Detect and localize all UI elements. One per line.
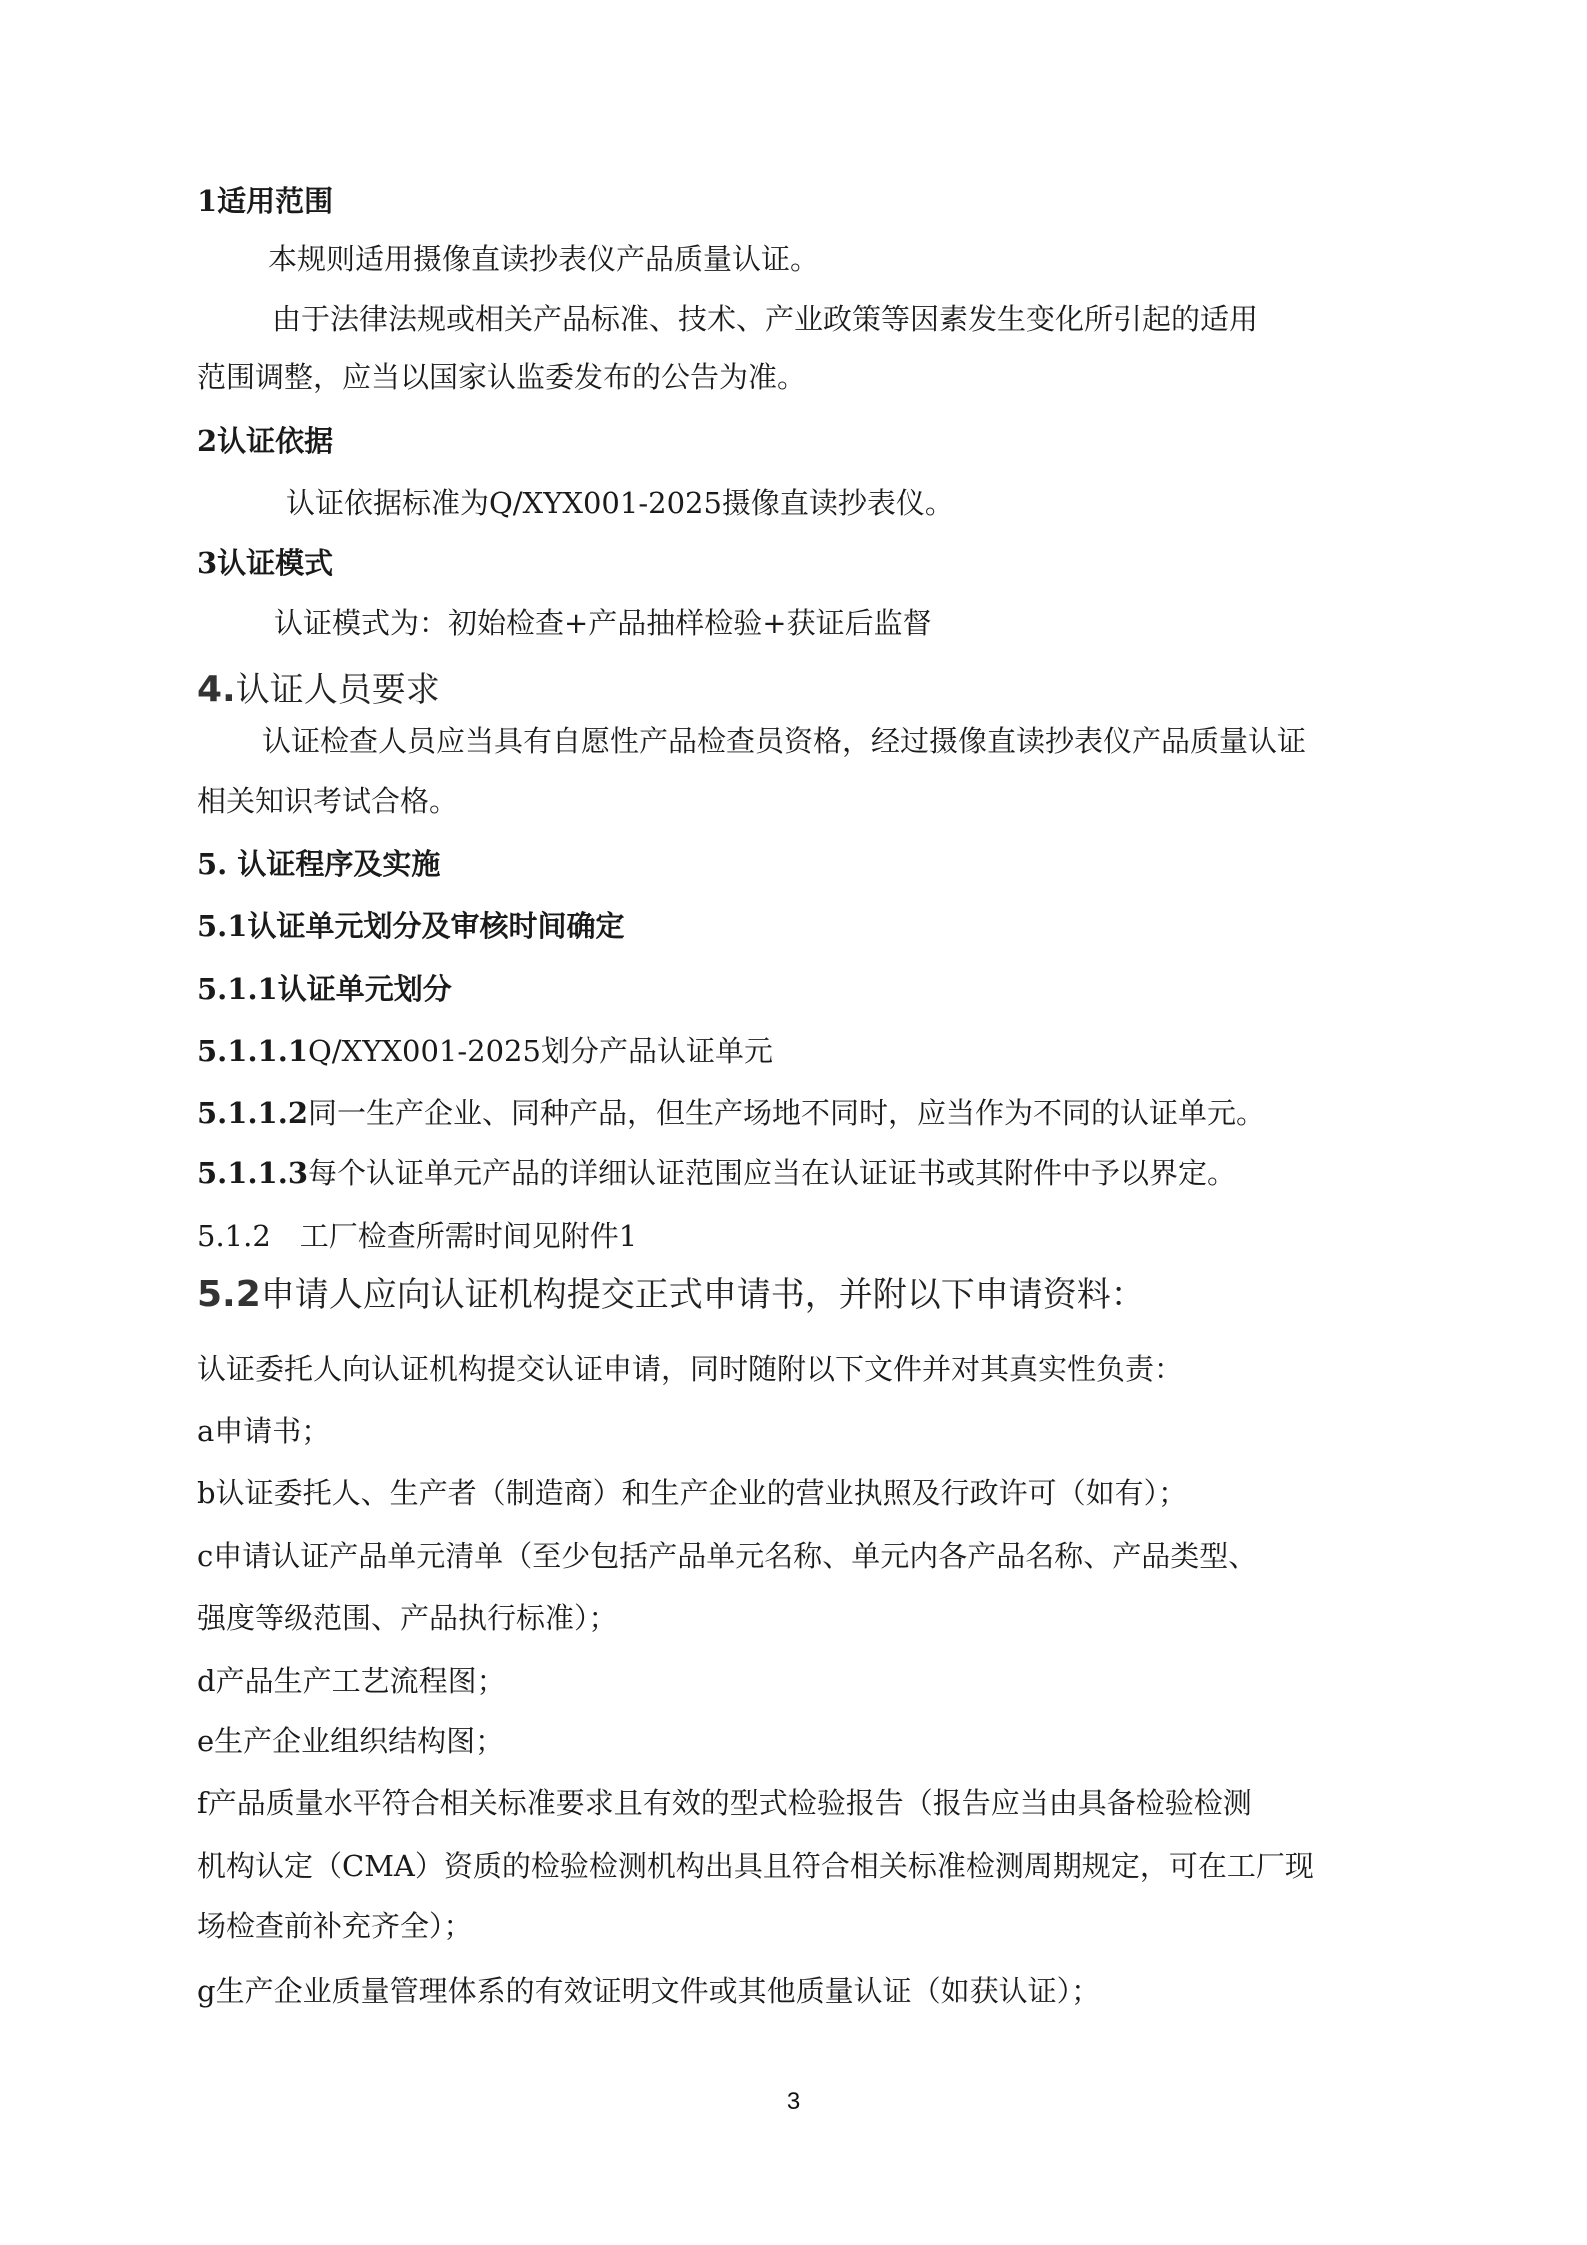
section-5-1-heading: 5.1认证单元划分及审核时间确定 bbox=[197, 907, 624, 945]
section-2-heading: 2认证依据 bbox=[197, 422, 333, 460]
clause-5-1-1-2-text: 同一生产企业、同种产品，但生产场地不同时，应当作为不同的认证单元。 bbox=[308, 1096, 1265, 1130]
document-page: 1适用范围 本规则适用摄像直读抄表仪产品质量认证。 由于法律法规或相关产品标准、… bbox=[0, 0, 1587, 2245]
list-item-c-line-2: 强度等级范围、产品执行标准）； bbox=[197, 1599, 618, 1637]
section-5-heading: 5. 认证程序及实施 bbox=[197, 845, 440, 883]
clause-5-1-1-1-number: 5.1.1.1 bbox=[197, 1034, 308, 1068]
section-1-paragraph-1: 本规则适用摄像直读抄表仪产品质量认证。 bbox=[268, 240, 819, 278]
clause-5-1-1-3-text: 每个认证单元产品的详细认证范围应当在认证证书或其附件中予以界定。 bbox=[308, 1156, 1236, 1190]
section-3-heading: 3认证模式 bbox=[197, 544, 333, 582]
section-5-2-intro: 认证委托人向认证机构提交认证申请，同时随附以下文件并对其真实性负责： bbox=[197, 1350, 1183, 1388]
section-5-2-title: 申请人应向认证机构提交正式申请书，并附以下申请资料： bbox=[261, 1275, 1145, 1315]
list-item-a: a申请书； bbox=[197, 1412, 330, 1450]
section-4-heading: 4.认证人员要求 bbox=[197, 668, 440, 712]
clause-5-1-1-2-number: 5.1.1.2 bbox=[197, 1096, 308, 1130]
page-number: 3 bbox=[0, 2088, 1587, 2116]
clause-5-1-1-1-text: Q/XYX001-2025划分产品认证单元 bbox=[308, 1034, 773, 1068]
list-item-f-line-3: 场检查前补充齐全）； bbox=[197, 1907, 473, 1945]
clause-5-1-2: 5.1.2 工厂检查所需时间见附件1 bbox=[197, 1217, 637, 1255]
section-1-paragraph-2-line-2: 范围调整，应当以国家认监委发布的公告为准。 bbox=[197, 358, 806, 396]
clause-5-1-1-2: 5.1.1.2同一生产企业、同种产品，但生产场地不同时，应当作为不同的认证单元。 bbox=[197, 1094, 1265, 1132]
list-item-b: b认证委托人、生产者（制造商）和生产企业的营业执照及行政许可（如有）； bbox=[197, 1474, 1187, 1512]
clause-5-1-1-3-number: 5.1.1.3 bbox=[197, 1156, 308, 1190]
list-item-g: g生产企业质量管理体系的有效证明文件或其他质量认证（如获认证）； bbox=[197, 1972, 1100, 2010]
section-2-paragraph: 认证依据标准为Q/XYX001-2025摄像直读抄表仪。 bbox=[286, 484, 954, 522]
section-3-paragraph: 认证模式为：初始检查+产品抽样检验+获证后监督 bbox=[274, 604, 932, 642]
clause-5-1-1-1: 5.1.1.1Q/XYX001-2025划分产品认证单元 bbox=[197, 1032, 773, 1070]
list-item-d: d产品生产工艺流程图； bbox=[197, 1662, 506, 1700]
list-item-f-line-2: 机构认定（CMA）资质的检验检测机构出具且符合相关标准检测周期规定，可在工厂现 bbox=[197, 1847, 1314, 1885]
section-5-2-number: 5.2 bbox=[197, 1274, 261, 1315]
section-4-paragraph-line-2: 相关知识考试合格。 bbox=[197, 782, 458, 820]
section-5-1-1-heading: 5.1.1认证单元划分 bbox=[197, 970, 452, 1008]
section-4-paragraph-line-1: 认证检查人员应当具有自愿性产品检查员资格，经过摄像直读抄表仪产品质量认证 bbox=[262, 722, 1306, 760]
section-5-2-heading: 5.2申请人应向认证机构提交正式申请书，并附以下申请资料： bbox=[197, 1273, 1145, 1317]
section-4-number: 4. bbox=[197, 669, 236, 710]
list-item-f-line-1: f产品质量水平符合相关标准要求且有效的型式检验报告（报告应当由具备检验检测 bbox=[197, 1784, 1252, 1822]
list-item-c-line-1: c申请认证产品单元清单（至少包括产品单元名称、单元内各产品名称、产品类型、 bbox=[197, 1537, 1257, 1575]
list-item-e: e生产企业组织结构图； bbox=[197, 1722, 504, 1760]
clause-5-1-1-3: 5.1.1.3每个认证单元产品的详细认证范围应当在认证证书或其附件中予以界定。 bbox=[197, 1154, 1236, 1192]
section-1-paragraph-2-line-1: 由于法律法规或相关产品标准、技术、产业政策等因素发生变化所引起的适用 bbox=[272, 300, 1258, 338]
section-4-title: 认证人员要求 bbox=[236, 670, 440, 710]
section-1-heading: 1适用范围 bbox=[197, 182, 333, 220]
